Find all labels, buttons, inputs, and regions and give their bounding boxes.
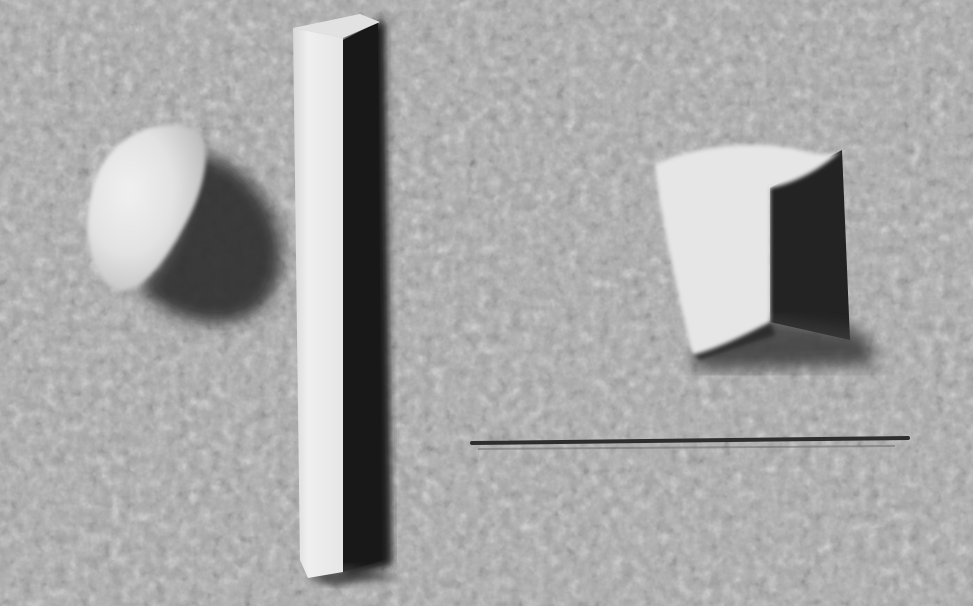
scene-drawing [0, 0, 973, 606]
photograph [0, 0, 973, 606]
